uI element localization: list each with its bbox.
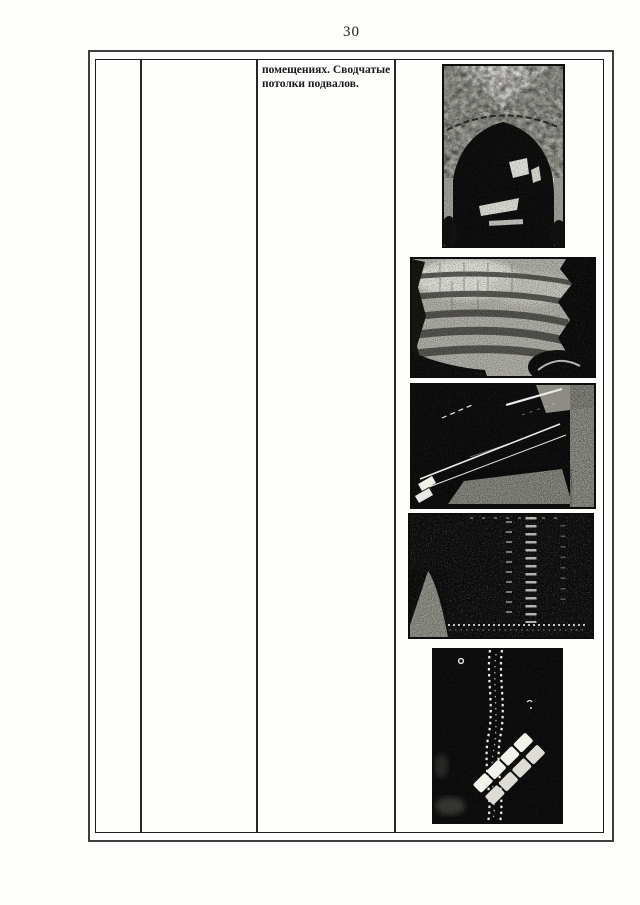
scanned-document-page: 30 помещениях. Сводчатые потолки подвало… [0, 0, 640, 905]
page-number: 30 [88, 24, 615, 41]
photo-vault-arch-image [444, 66, 563, 246]
photo-dark-beams [410, 383, 596, 509]
photo-vault-arch [442, 64, 565, 248]
photo-dark-beams-image [412, 385, 594, 507]
photo-cellar-pillar-image [410, 515, 592, 637]
photo-cellar-pillar [408, 513, 594, 639]
photo-barrel-vault [410, 257, 596, 378]
column-divider-3 [394, 60, 396, 832]
description-text-cell: помещениях. Сводчатые потолки подвалов. [262, 64, 394, 91]
photo-column-window-light-image [434, 650, 561, 822]
column-divider-1 [140, 60, 142, 832]
column-divider-2 [256, 60, 258, 832]
description-line-1: помещениях. Сводчатые [262, 64, 394, 78]
photo-column-window-light [432, 648, 563, 824]
photo-barrel-vault-image [412, 259, 594, 376]
description-line-2: потолки подвалов. [262, 78, 394, 92]
